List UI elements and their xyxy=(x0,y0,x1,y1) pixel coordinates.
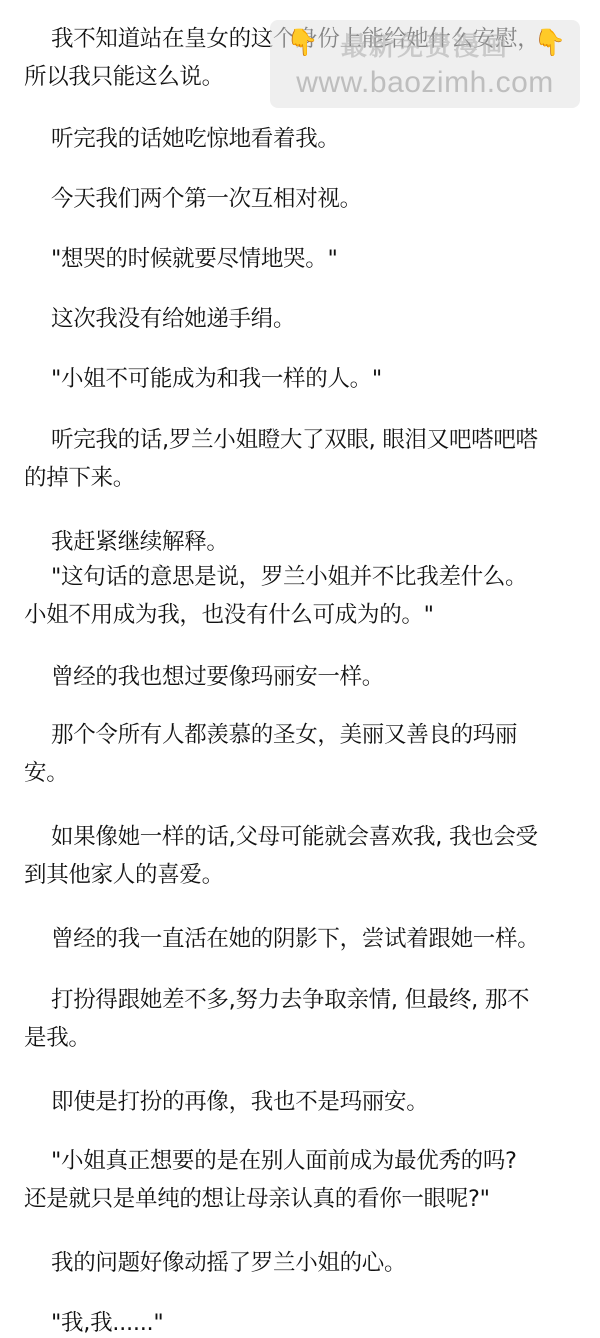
paragraph-2: 听完我的话她吃惊地看着我。 xyxy=(24,120,580,158)
paragraph-12: 如果像她一样的话,父母可能就会喜欢我, 我也会受 到其他家人的喜爱。 xyxy=(24,818,580,894)
paragraph-line: 我赶紧继续解释。 xyxy=(24,523,580,558)
paragraph-13: 曾经的我一直活在她的阴影下，尝试着跟她一样。 xyxy=(24,920,580,958)
paragraph-line: 即使是打扮的再像，我也不是玛丽安。 xyxy=(24,1083,580,1121)
watermark-banner[interactable]: 👇 最新免费漫画 👇 www.baozimh.com xyxy=(270,20,580,108)
document-page: 我不知道站在皇女的这个身份上能给她什么安慰， 所以我只能这么说。 听完我的话她吃… xyxy=(0,0,600,1338)
paragraph-15: 即使是打扮的再像，我也不是玛丽安。 xyxy=(24,1083,580,1121)
paragraph-line: 我的问题好像动摇了罗兰小姐的心。 xyxy=(24,1244,580,1282)
pointing-down-hand-icon: 👇 xyxy=(534,28,566,58)
paragraph-17: 我的问题好像动摇了罗兰小姐的心。 xyxy=(24,1244,580,1282)
paragraph-line: "小姐真正想要的是在别人面前成为最优秀的吗? xyxy=(24,1142,580,1180)
paragraph-line: "小姐不可能成为和我一样的人。" xyxy=(24,360,580,398)
paragraph-line: 如果像她一样的话,父母可能就会喜欢我, 我也会受 xyxy=(24,818,580,856)
paragraph-line: 到其他家人的喜爱。 xyxy=(24,856,580,894)
paragraph-line: 的掉下来。 xyxy=(24,459,580,497)
paragraph-11: 那个令所有人都羡慕的圣女，美丽又善良的玛丽 安。 xyxy=(24,716,580,792)
paragraph-line: 是我。 xyxy=(24,1019,580,1057)
paragraph-5: 这次我没有给她递手绢。 xyxy=(24,300,580,338)
paragraph-line: 安。 xyxy=(24,754,580,792)
paragraph-line: 曾经的我一直活在她的阴影下，尝试着跟她一样。 xyxy=(24,920,580,958)
paragraph-line: 这次我没有给她递手绢。 xyxy=(24,300,580,338)
paragraph-16: "小姐真正想要的是在别人面前成为最优秀的吗? 还是就只是单纯的想让母亲认真的看你… xyxy=(24,1142,580,1218)
paragraph-line: 听完我的话,罗兰小姐瞪大了双眼, 眼泪又吧嗒吧嗒 xyxy=(24,421,580,459)
paragraph-line: 还是就只是单纯的想让母亲认真的看你一眼呢?" xyxy=(24,1180,580,1218)
paragraph-3: 今天我们两个第一次互相对视。 xyxy=(24,180,580,218)
paragraph-8: 我赶紧继续解释。 xyxy=(24,523,580,558)
paragraph-line: 小姐不用成为我，也没有什么可成为的。" xyxy=(24,596,580,634)
paragraph-14: 打扮得跟她差不多,努力去争取亲情, 但最终, 那不 是我。 xyxy=(24,981,580,1057)
paragraph-6: "小姐不可能成为和我一样的人。" xyxy=(24,360,580,398)
paragraph-10: 曾经的我也想过要像玛丽安一样。 xyxy=(24,658,580,696)
paragraph-18: "我,我......" xyxy=(24,1304,580,1338)
paragraph-9: "这句话的意思是说，罗兰小姐并不比我差什么。 小姐不用成为我，也没有什么可成为的… xyxy=(24,558,580,634)
paragraph-7: 听完我的话,罗兰小姐瞪大了双眼, 眼泪又吧嗒吧嗒 的掉下来。 xyxy=(24,421,580,497)
paragraph-line: 今天我们两个第一次互相对视。 xyxy=(24,180,580,218)
paragraph-line: 那个令所有人都羡慕的圣女，美丽又善良的玛丽 xyxy=(24,716,580,754)
paragraph-line: 曾经的我也想过要像玛丽安一样。 xyxy=(24,658,580,696)
paragraph-line: "这句话的意思是说，罗兰小姐并不比我差什么。 xyxy=(24,558,580,596)
paragraph-line: 打扮得跟她差不多,努力去争取亲情, 但最终, 那不 xyxy=(24,981,580,1019)
paragraph-line: "想哭的时候就要尽情地哭。" xyxy=(24,240,580,278)
paragraph-line: 听完我的话她吃惊地看着我。 xyxy=(24,120,580,158)
paragraph-line: "我,我......" xyxy=(24,1304,580,1338)
watermark-url[interactable]: www.baozimh.com xyxy=(270,66,580,100)
paragraph-4: "想哭的时候就要尽情地哭。" xyxy=(24,240,580,278)
